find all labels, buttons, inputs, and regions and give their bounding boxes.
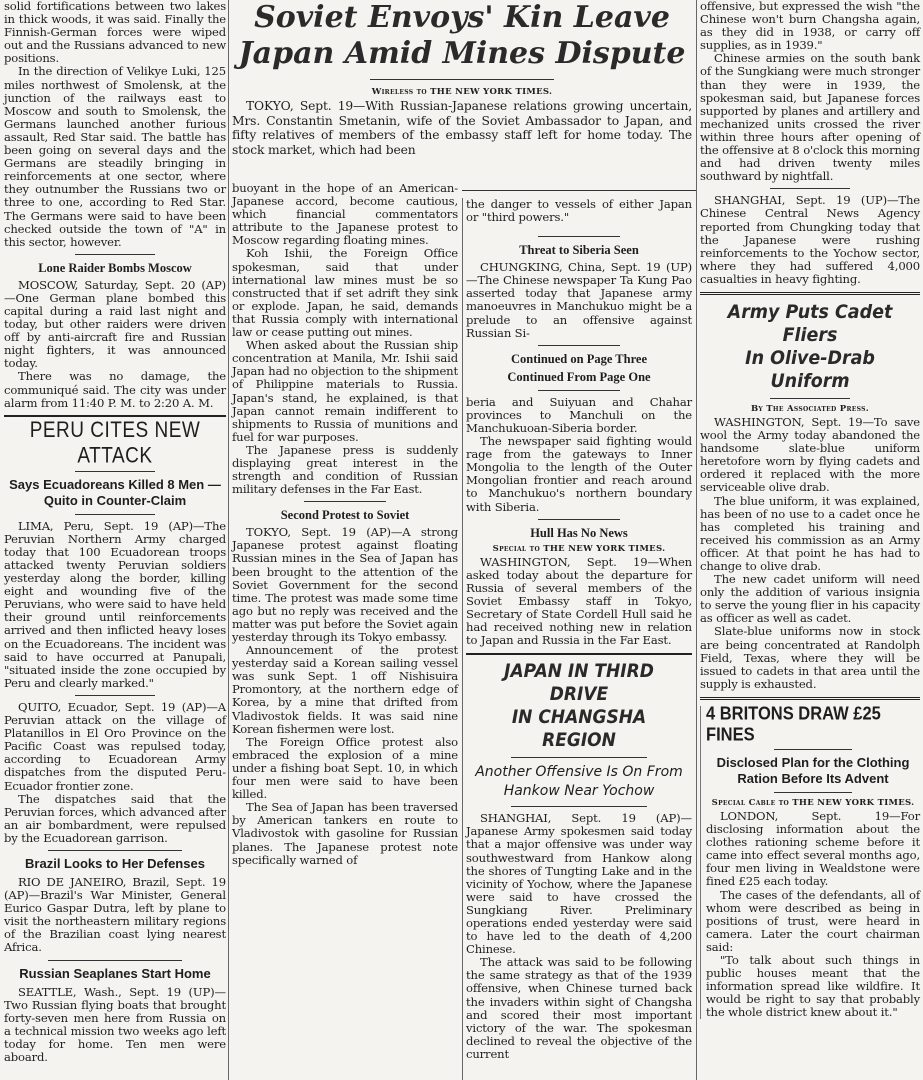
article-paragraph: SEATTLE, Wash., Sept. 19 (UP)—Two Russia… xyxy=(4,986,226,1065)
divider xyxy=(48,960,181,961)
column-rule xyxy=(696,0,697,1080)
continued-from-label: Continued From Page One xyxy=(466,370,692,385)
article-paragraph: Slate-blue uniforms now in stock are bei… xyxy=(700,625,920,690)
article-paragraph: The dispatches said that the Peruvian fo… xyxy=(4,793,226,845)
headline-cadet-line2: In Olive-Drab Uniform xyxy=(709,347,911,393)
divider xyxy=(538,390,619,391)
divider xyxy=(75,514,155,515)
article-paragraph: SHANGHAI, Sept. 19 (UP)—The Chinese Cent… xyxy=(700,194,920,286)
divider xyxy=(462,190,696,191)
article-paragraph: Koh Ishii, the Foreign Office spokesman,… xyxy=(232,247,458,339)
credit-line: Wireless to THE NEW YORK TIMES. xyxy=(232,87,692,97)
divider xyxy=(774,749,851,750)
article-paragraph: The Sea of Japan has been traversed by A… xyxy=(232,801,458,866)
article-paragraph: "To talk about such things in public hou… xyxy=(706,954,920,1019)
continued-on-link[interactable]: Continued on Page Three xyxy=(466,352,692,367)
divider xyxy=(4,415,226,417)
article-paragraph: LIMA, Peru, Sept. 19 (AP)—The Peruvian N… xyxy=(4,520,226,690)
headline-britons: 4 BRITONS DRAW £25 FINES xyxy=(706,704,920,746)
article-lead: TOKYO, Sept. 19—With Russian-Japanese re… xyxy=(232,99,692,157)
article-paragraph: Chinese armies on the south bank of the … xyxy=(700,52,920,183)
article-paragraph: QUITO, Ecuador, Sept. 19 (AP)—A Peruvian… xyxy=(4,701,226,793)
divider xyxy=(538,519,619,520)
article-paragraph: The Japanese press is suddenly displayin… xyxy=(232,444,458,496)
article-paragraph: SHANGHAI, Sept. 19 (AP)—Japanese Army sp… xyxy=(466,812,692,956)
deck-japan-drive-line2: Hankow Near Yochow xyxy=(466,782,692,801)
article-paragraph: In the direction of Velikye Luki, 125 mi… xyxy=(4,65,226,248)
divider xyxy=(75,695,155,696)
article-paragraph: beria and Suiyuan and Chahar provinces t… xyxy=(466,396,692,435)
headline-japan-drive-line2: IN CHANGSHA REGION xyxy=(475,706,683,752)
article-paragraph: WASHINGTON, Sept. 19—When asked today ab… xyxy=(466,556,692,648)
deck-japan-drive-line1: Another Offensive Is On From xyxy=(466,763,692,782)
credit-line: Special to THE NEW YORK TIMES. xyxy=(466,544,692,554)
column-4: offensive, but expressed the wish "the C… xyxy=(700,0,920,1019)
divider xyxy=(370,79,554,80)
credit-line: Special Cable to THE NEW YORK TIMES. xyxy=(706,798,920,808)
article-paragraph: solid fortifications between two lakes i… xyxy=(4,0,226,65)
deck-britons: Disclosed Plan for the Clothing Ration B… xyxy=(706,755,920,787)
divider xyxy=(770,398,849,399)
article-paragraph: buoyant in the hope of an American-Japan… xyxy=(232,182,458,247)
newspaper-page: solid fortifications between two lakes i… xyxy=(0,0,923,1080)
column-rule xyxy=(462,198,463,1080)
subhead-second-protest: Second Protest to Soviet xyxy=(232,508,458,523)
deck-peru: Says Ecuadoreans Killed 8 Men —Quito in … xyxy=(4,477,226,509)
column-1: solid fortifications between two lakes i… xyxy=(4,0,226,1064)
divider xyxy=(511,806,647,807)
subhead-seaplanes: Russian Seaplanes Start Home xyxy=(4,966,226,982)
column-3: the danger to vessels of either Japan or… xyxy=(466,198,692,1061)
divider xyxy=(774,792,851,793)
divider xyxy=(538,345,619,346)
article-paragraph: CHUNGKING, China, Sept. 19 (UP)—The Chin… xyxy=(466,261,692,340)
column-rule xyxy=(228,0,229,1080)
divider xyxy=(466,653,692,655)
divider xyxy=(770,188,849,189)
headline-soviet-line2: Japan Amid Mines Dispute xyxy=(232,36,692,72)
headline-soviet-line1: Soviet Envoys' Kin Leave xyxy=(232,0,692,36)
column-2: buoyant in the hope of an American-Japan… xyxy=(232,182,458,867)
article-paragraph: LONDON, Sept. 19—For disclosing informat… xyxy=(706,810,920,889)
article-paragraph: The Foreign Office protest also embraced… xyxy=(232,736,458,801)
article-paragraph: TOKYO, Sept. 19 (AP)—A strong Japanese p… xyxy=(232,526,458,644)
subhead-brazil: Brazil Looks to Her Defenses xyxy=(4,856,226,872)
soviet-article-top: Soviet Envoys' Kin Leave Japan Amid Mine… xyxy=(232,0,692,157)
article-paragraph: The new cadet uniform will need only the… xyxy=(700,573,920,625)
article-paragraph: The newspaper said fighting would rage f… xyxy=(466,435,692,514)
divider xyxy=(538,236,619,237)
divider xyxy=(75,471,155,472)
article-paragraph: The cases of the defendants, all of whom… xyxy=(706,889,920,954)
article-paragraph: the danger to vessels of either Japan or… xyxy=(466,198,692,224)
divider xyxy=(304,501,385,502)
headline-japan-drive-line1: JAPAN IN THIRD DRIVE xyxy=(475,660,683,706)
divider xyxy=(48,850,181,851)
article-paragraph: Announcement of the protest yesterday sa… xyxy=(232,644,458,736)
article-paragraph: RIO DE JANEIRO, Brazil, Sept. 19 (AP)—Br… xyxy=(4,876,226,955)
article-paragraph: MOSCOW, Saturday, Sept. 20 (AP)—One Germ… xyxy=(4,279,226,371)
divider xyxy=(700,697,920,700)
article-paragraph: When asked about the Russian ship concen… xyxy=(232,339,458,444)
divider xyxy=(75,254,155,255)
article-paragraph: WASHINGTON, Sept. 19—To save wool the Ar… xyxy=(700,416,920,495)
subhead-hull: Hull Has No News xyxy=(466,526,692,541)
headline-peru: PERU CITES NEW ATTACK xyxy=(4,418,226,469)
headline-cadet-line1: Army Puts Cadet Fliers xyxy=(709,301,911,347)
article-paragraph: The attack was said to be following the … xyxy=(466,956,692,1061)
article-paragraph: The blue uniform, it was explained, has … xyxy=(700,495,920,574)
divider xyxy=(700,292,920,295)
divider xyxy=(511,757,647,758)
subhead-siberia: Threat to Siberia Seen xyxy=(466,243,692,258)
article-paragraph: There was no damage, the communiqué said… xyxy=(4,370,226,409)
article-paragraph: offensive, but expressed the wish "the C… xyxy=(700,0,920,52)
britons-article: 4 BRITONS DRAW £25 FINES Disclosed Plan … xyxy=(700,706,920,1020)
credit-line: By The Associated Press. xyxy=(700,404,920,414)
subhead-lone-raider: Lone Raider Bombs Moscow xyxy=(4,261,226,276)
